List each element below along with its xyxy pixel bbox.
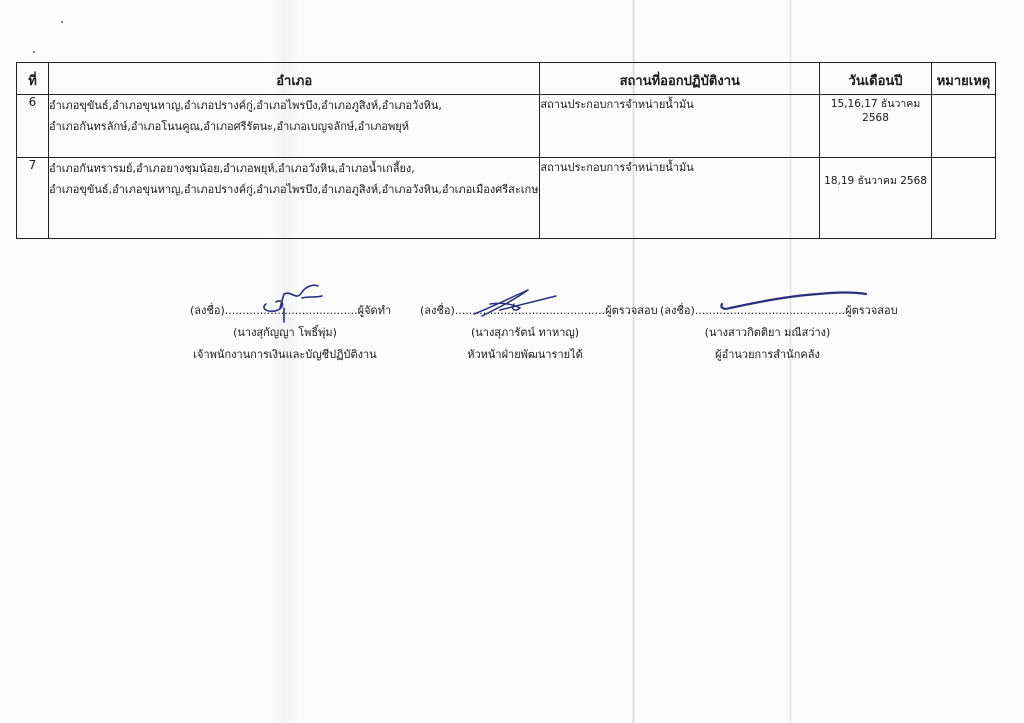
scan-speck bbox=[33, 51, 35, 53]
header-date: วันเดือนปี bbox=[820, 63, 932, 95]
signature-line: (ลงชื่อ)................................… bbox=[190, 300, 380, 322]
header-no: ที่ bbox=[17, 63, 49, 95]
date-cell: 18,19 ธันวาคม 2568 bbox=[820, 158, 932, 239]
note-cell bbox=[932, 158, 996, 239]
signer-position: เจ้าพนักงานการเงินและบัญชีปฏิบัติงาน bbox=[190, 344, 380, 366]
table-row: 7 อำเภอกันทรารมย์,อำเภอยางชุมน้อย,อำเภอพ… bbox=[17, 158, 996, 239]
signature-line: (ลงชื่อ)................................… bbox=[660, 300, 875, 322]
table-row: 6 อำเภอขุขันธ์,อำเภอขุนหาญ,อำเภอปรางค์กู… bbox=[17, 95, 996, 158]
signature-line: (ลงชื่อ)................................… bbox=[420, 300, 630, 322]
signature-dots: ........................................… bbox=[455, 304, 605, 317]
handwritten-signature bbox=[258, 282, 328, 324]
row-number: 7 bbox=[17, 158, 49, 239]
place-cell: สถานประกอบการจำหน่ายน้ำมัน bbox=[540, 158, 820, 239]
sign-prefix: (ลงชื่อ) bbox=[190, 304, 225, 317]
header-district: อำเภอ bbox=[48, 63, 539, 95]
district-cell: อำเภอขุขันธ์,อำเภอขุนหาญ,อำเภอปรางค์กู่,… bbox=[48, 95, 539, 158]
signature-block-director: (ลงชื่อ)................................… bbox=[660, 300, 875, 366]
scan-speck bbox=[61, 21, 63, 23]
sign-prefix: (ลงชื่อ) bbox=[660, 304, 695, 317]
signer-role: ผู้ตรวจสอบ bbox=[845, 304, 897, 317]
header-note: หมายเหตุ bbox=[932, 63, 996, 95]
signer-position: หัวหน้าฝ่ายพัฒนารายได้ bbox=[420, 344, 630, 366]
signer-role: ผู้จัดทำ bbox=[358, 304, 391, 317]
signer-name: (นางสุกัญญา โพธิ์พุ่ม) bbox=[190, 322, 380, 344]
district-cell: อำเภอกันทรารมย์,อำเภอยางชุมน้อย,อำเภอพยุ… bbox=[48, 158, 539, 239]
signer-role: ผู้ตรวจสอบ bbox=[605, 304, 657, 317]
table-header-row: ที่ อำเภอ สถานที่ออกปฏิบัติงาน วันเดือนป… bbox=[17, 63, 996, 95]
district-line: อำเภอขุขันธ์,อำเภอขุนหาญ,อำเภอปรางค์กู่,… bbox=[49, 95, 539, 116]
row-number: 6 bbox=[17, 95, 49, 158]
signature-dots: ...................................... bbox=[225, 304, 358, 317]
district-line: อำเภอขุขันธ์,อำเภอขุนหาญ,อำเภอปรางค์กู่,… bbox=[49, 179, 539, 200]
signature-block-preparer: (ลงชื่อ)................................… bbox=[190, 300, 380, 366]
place-cell: สถานประกอบการจำหน่ายน้ำมัน bbox=[540, 95, 820, 158]
signature-block-reviewer: (ลงชื่อ)................................… bbox=[420, 300, 630, 366]
note-cell bbox=[932, 95, 996, 158]
district-line: อำเภอกันทรารมย์,อำเภอยางชุมน้อย,อำเภอพยุ… bbox=[49, 158, 539, 179]
signer-name: (นางสาวกิตติยา มณีสว่าง) bbox=[660, 322, 875, 344]
date-cell: 15,16,17 ธันวาคม 2568 bbox=[820, 95, 932, 158]
district-line: อำเภอกันทรลักษ์,อำเภอโนนคูณ,อำเภอศรีรัตน… bbox=[49, 116, 539, 137]
signature-dots: ........................................… bbox=[695, 304, 845, 317]
schedule-table: ที่ อำเภอ สถานที่ออกปฏิบัติงาน วันเดือนป… bbox=[16, 62, 996, 239]
signer-position: ผู้อำนวยการสำนักคลัง bbox=[660, 344, 875, 366]
header-place: สถานที่ออกปฏิบัติงาน bbox=[540, 63, 820, 95]
signer-name: (นางสุภารัตน์ ทาหาญ) bbox=[420, 322, 630, 344]
sign-prefix: (ลงชื่อ) bbox=[420, 304, 455, 317]
